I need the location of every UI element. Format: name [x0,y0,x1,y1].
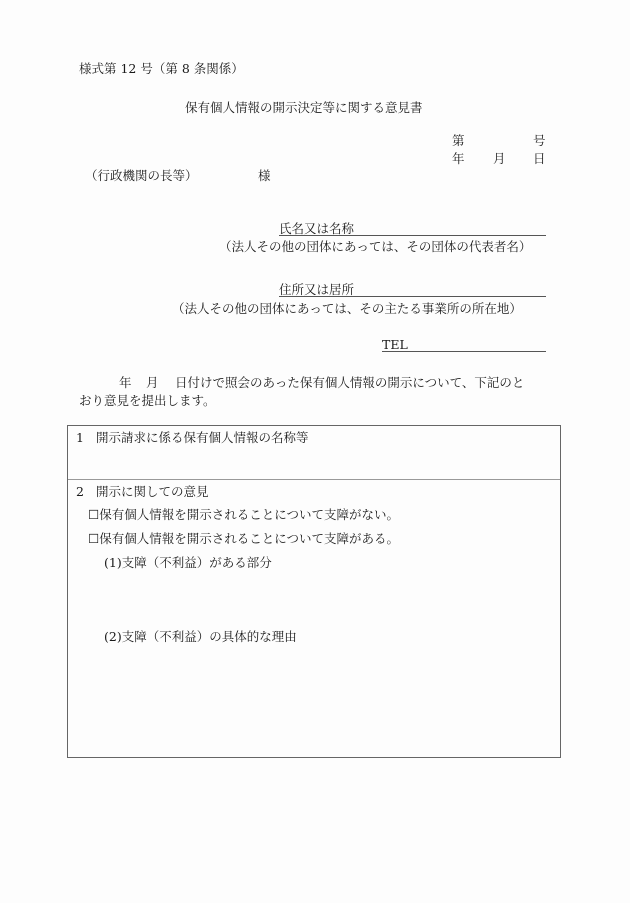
name-field-note: （法人その他の団体にあっては、その団体の代表者名） [219,239,531,255]
address-field-note: （法人その他の団体にあっては、その主たる事業所の所在地） [172,301,522,317]
option-label: 保有個人情報を開示されることについて支障がある。 [99,531,399,546]
date-day: 日 [533,151,546,167]
date-year: 年 [452,151,465,167]
form-number: 様式第 12 号（第 8 条関係） [79,61,244,77]
addressee-label: （行政機関の長等） [85,168,198,184]
option-no-hindrance[interactable]: ☐保有個人情報を開示されることについて支障がない。 [88,507,399,523]
section-divider [68,479,560,480]
addressee-honorific: 様 [258,168,271,184]
section-2-title: 開示に関しての意見 [96,484,209,499]
body-line-1: 日付けで照会のあった保有個人情報の開示について、下記のと [175,375,524,391]
section-1-title: 開示請求に係る保有個人情報の名称等 [96,430,309,445]
tel-field-underline[interactable] [382,351,546,352]
opinion-table: 1開示請求に係る保有個人情報の名称等 2開示に関しての意見 ☐保有個人情報を開示… [67,425,561,758]
address-field-underline[interactable] [279,296,546,297]
section-1-heading: 1開示請求に係る保有個人情報の名称等 [76,430,309,446]
document-title: 保有個人情報の開示決定等に関する意見書 [185,100,423,116]
name-field-underline[interactable] [279,235,546,236]
option-label: 保有個人情報を開示されることについて支障がない。 [99,507,399,522]
section-1-number: 1 [76,430,96,446]
section-2-heading: 2開示に関しての意見 [76,484,209,500]
checkbox-icon[interactable]: ☐ [88,507,99,522]
section-2-number: 2 [76,484,96,500]
subitem-1-label: (1)支障（不利益）がある部分 [104,555,272,571]
doc-number-suffix: 号 [533,133,546,149]
body-date-month: 月 [146,375,159,391]
body-date-year: 年 [119,375,132,391]
option-has-hindrance[interactable]: ☐保有個人情報を開示されることについて支障がある。 [88,531,399,547]
body-line-2: おり意見を提出します。 [79,393,216,409]
date-month: 月 [493,151,506,167]
checkbox-icon[interactable]: ☐ [88,531,99,546]
subitem-2-label: (2)支障（不利益）の具体的な理由 [104,629,297,645]
doc-number-prefix: 第 [452,133,465,149]
